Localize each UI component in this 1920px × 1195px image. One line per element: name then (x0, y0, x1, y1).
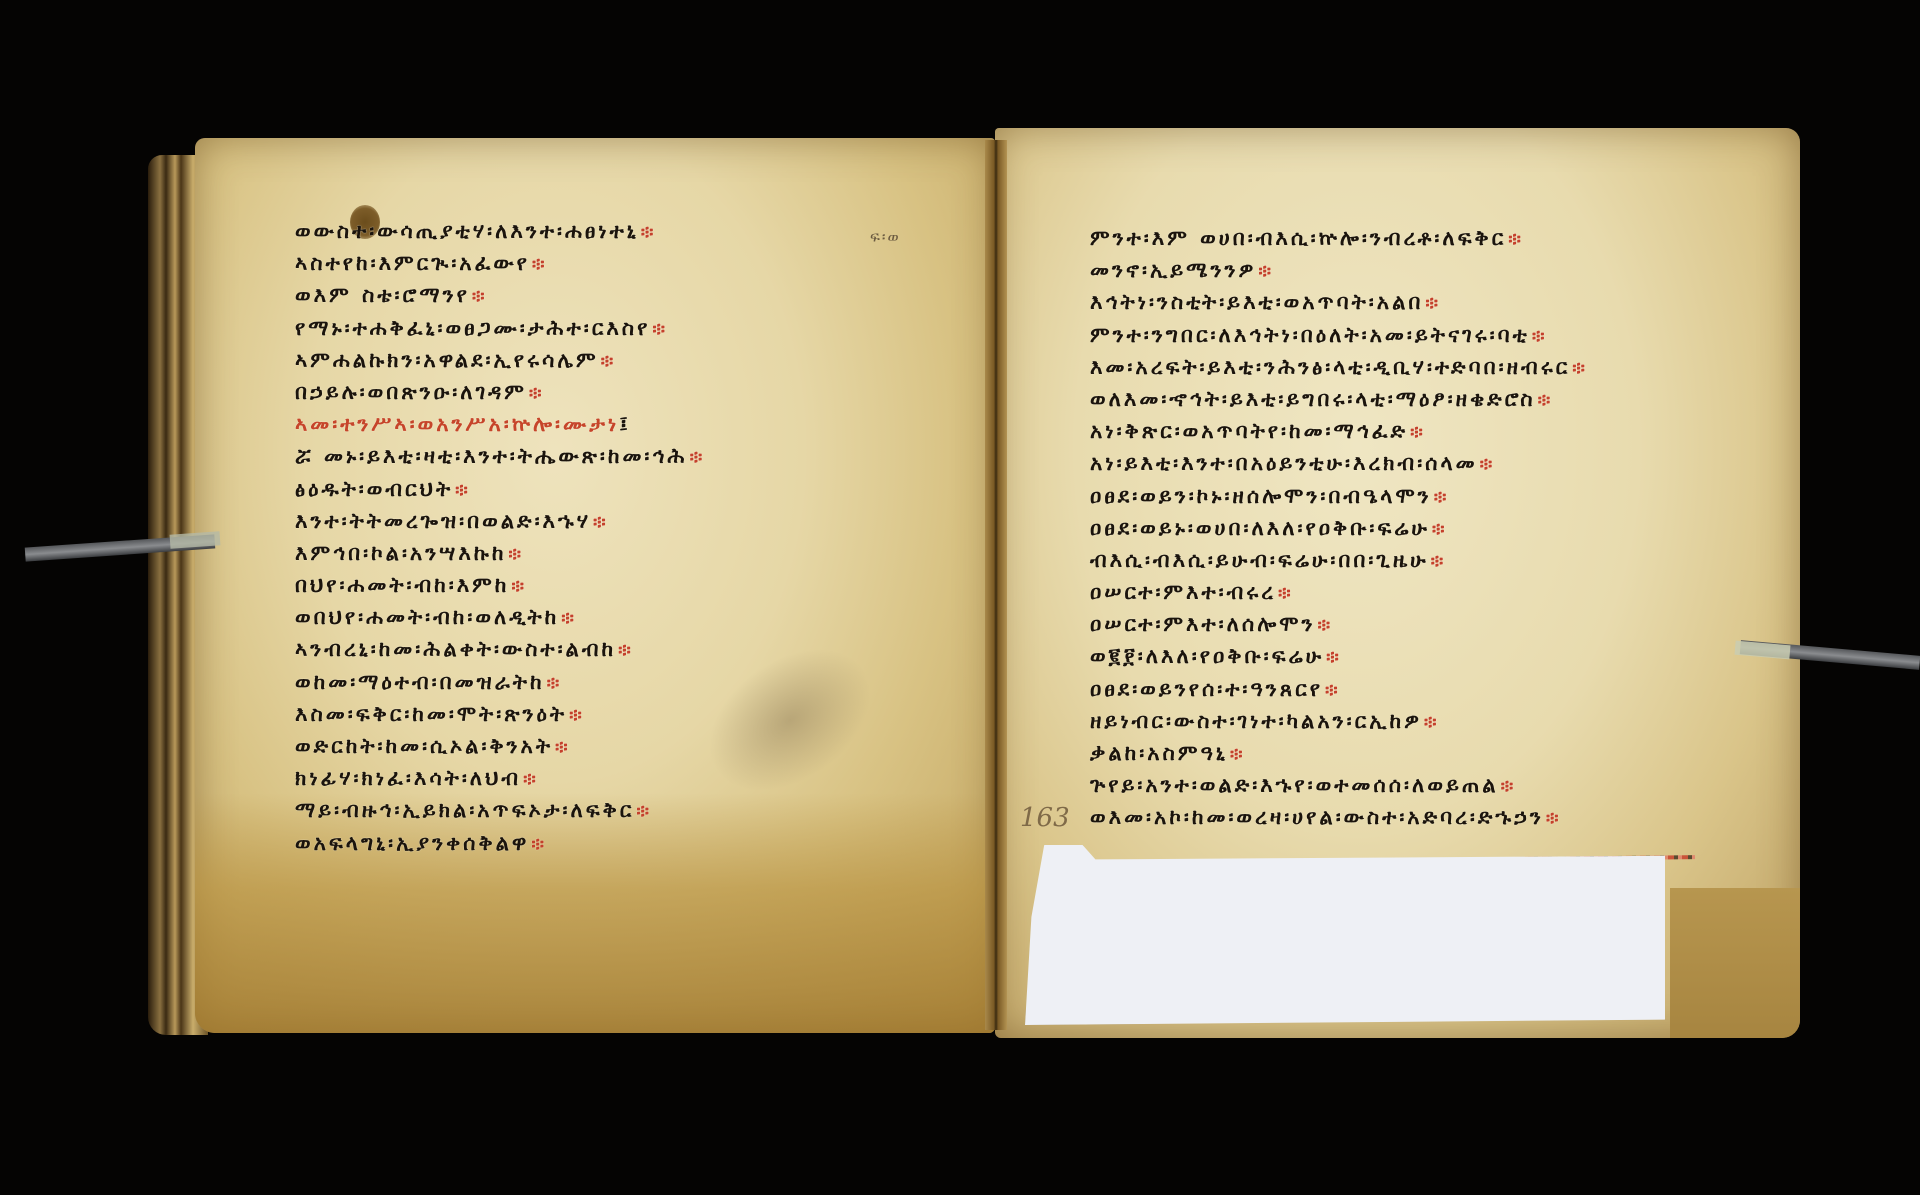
text-line: እንተ፡ትትመረጐዝ፡በወልድ፡እኁሃ፨ (295, 505, 705, 537)
text-line: ዐፀደ፡ወይንየሰ፡ተ፡ዓንጸርየ፨ (1090, 673, 1588, 705)
folio-number: 163 (1020, 803, 1070, 833)
text-line: ወድርከት፡ከመ፡ሲኦል፡ቅንአት፨ (295, 730, 705, 762)
left-page-text: ወውስተ፡ውሳጢያቲሃ፡ለእንተ፡ሐፀነተኒ፨ ኣስተየከ፡እምርጒ፡አፈውየ፨… (295, 215, 705, 859)
text-line: ወለእመ፡ኆኅት፡ይእቲ፡ይግበሩ፡ላቲ፡ማዕፆ፡ዘቄድሮስ፨ (1090, 383, 1588, 415)
text-line: ኣስተየከ፡እምርጒ፡አፈውየ፨ (295, 247, 705, 279)
text-line: አነ፡ይእቲ፡እንተ፡በአዕይንቲሁ፡እረክብ፡ሰላመ፨ (1090, 447, 1588, 479)
text-line: ዐሠርተ፡ምእተ፡ብሩረ፨ (1090, 576, 1588, 608)
text-line: ወውስተ፡ውሳጢያቲሃ፡ለእንተ፡ሐፀነተኒ፨ (295, 215, 705, 247)
text-line: የማኑ፡ተሐቅፈኒ፡ወፀጋሙ፡ታሕተ፡ርእስየ፨ (295, 312, 705, 344)
text-line: ፅዕዱት፡ወብርህት፨ (295, 473, 705, 505)
text-line: እስመ፡ፍቅር፡ከመ፡ሞት፡ጽንዕት፨ (295, 698, 705, 730)
text-line: ወከመ፡ማዕተብ፡በመዝራትከ፨ (295, 666, 705, 698)
text-line: ምንተ፡ንግበር፡ለእኅትነ፡በዕለት፡አመ፡ይትናገሩ፡ባቲ፨ (1090, 319, 1588, 351)
text-line: እመ፡አረፍት፡ይእቲ፡ንሕንፅ፡ላቲ፡ዲቢሃ፡ተድባበ፡ዘብሩር፨ (1090, 351, 1588, 383)
open-manuscript: ፍ፡ወ ወውስተ፡ውሳጢያቲሃ፡ለእንተ፡ሐፀነተኒ፨ ኣስተየከ፡እምርጒ፡አ… (0, 0, 1920, 1195)
corner-stain (1670, 888, 1800, 1038)
text-line: ማይ፡ብዙኅ፡ኢይክል፡አጥፍኦታ፡ለፍቅር፨ (295, 794, 705, 826)
text-line: እምኅበ፡ኮል፡አንሣእኩከ፨ (295, 537, 705, 569)
text-line: በኃይሉ፡ወበጽንዑ፡ለገዳም፨ (295, 376, 705, 408)
text-line: ወእም ስቴ፡ሮማንየ፨ (295, 279, 705, 311)
text-line: በህየ፡ሐመት፡ብከ፡እምከ፨ (295, 569, 705, 601)
book-gutter (985, 140, 1007, 1030)
text-line: ዘይነብር፡ውስተ፡ገነተ፡ካልአን፡ርኢከዎ፨ (1090, 705, 1588, 737)
text-line: ክነፊሃ፡ክነፈ፡እሳት፡ለህብ፨ (295, 762, 705, 794)
text-line: ቃልከ፡አስምዓኒ፨ (1090, 737, 1588, 769)
text-line: አነ፡ቅጽር፡ወአጥባትየ፡ከመ፡ማኅፈድ፨ (1090, 415, 1588, 447)
text-line: ጕየይ፡አንተ፡ወልድ፡እኁየ፡ወተመሰሰ፡ለወይጠል፨ (1090, 769, 1588, 801)
text-line: ወበህየ፡ሐመት፡ብከ፡ወለዲትከ፨ (295, 601, 705, 633)
text-line: ኣንብረኒ፡ከመ፡ሕልቀት፡ውስተ፡ልብከ፨ (295, 633, 705, 665)
text-line: ዐፀደ፡ወይኑ፡ወሀበ፡ለእለ፡የዐቅቡ፡ፍሬሁ፨ (1090, 512, 1588, 544)
text-line: ወእመ፡አኮ፡ከመ፡ወረዛ፡ሀየል፡ውስተ፡አድባረ፡ድኁኃን፨ (1090, 801, 1588, 833)
text-line: እኅትነ፡ንስቲት፡ይእቲ፡ወአጥባት፡አልበ፨ (1090, 286, 1588, 318)
text-line: ብእሲ፡ብእሲ፡ይሁብ፡ፍሬሁ፡በበ፡ጊዜሁ፨ (1090, 544, 1588, 576)
text-line: ምንተ፡እም ወሀበ፡ብእሲ፡ኵሎ፡ንብረቶ፡ለፍቅር፨ (1090, 222, 1588, 254)
text-line: ሯ መኑ፡ይእቲ፡ዛቲ፡እንተ፡ትሔውጽ፡ከመ፡ኅሕ፨ (295, 440, 705, 472)
text-line: ዐሠርተ፡ምእተ፡ለሰሎሞን፨ (1090, 608, 1588, 640)
inserted-paper-slip (1025, 845, 1665, 1025)
marginal-note: ፍ፡ወ (870, 228, 901, 246)
rubric-line: ኣመ፡ተንሥኣ፡ወአንሥአ፡ኵሎ፡ሙታነ፤ (295, 408, 705, 440)
right-page-text: ምንተ፡እም ወሀበ፡ብእሲ፡ኵሎ፡ንብረቶ፡ለፍቅር፨ መንኖ፡ኢይሜንንዎ፨… (1090, 222, 1588, 834)
text-line: ዐፀደ፡ወይን፡ኮኑ፡ዘሰሎሞን፡በብዔላሞን፨ (1090, 480, 1588, 512)
text-line: መንኖ፡ኢይሜንንዎ፨ (1090, 254, 1588, 286)
text-line: ወአፍላግኒ፡ኢያንቀሰቅልዋ፨ (295, 827, 705, 859)
text-line: ኣምሐልኩክን፡አዋልደ፡ኢየሩሳሌም፨ (295, 344, 705, 376)
text-line: ወ፪፻፡ለእለ፡የዐቅቡ፡ፍሬሁ፨ (1090, 640, 1588, 672)
